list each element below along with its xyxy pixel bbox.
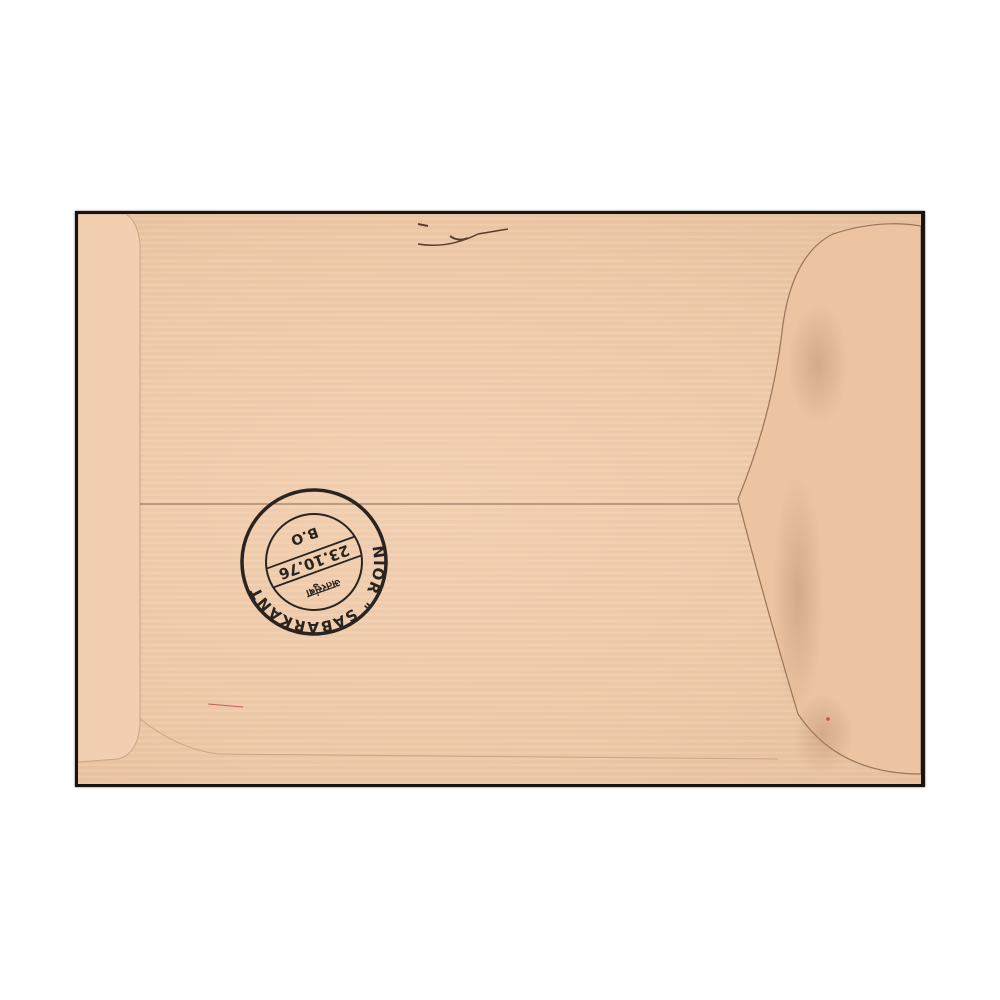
postmark: MANIOR " SABARKANTHA 23.10.76 B.O अतरसुं… xyxy=(78,214,921,784)
postmark-bottom-text: अतरसुंबा xyxy=(303,575,342,601)
postmark-date: 23.10.76 xyxy=(276,541,352,583)
envelope-back: MANIOR " SABARKANTHA 23.10.76 B.O अतरसुं… xyxy=(78,214,921,784)
postmark-office-type: B.O xyxy=(288,523,320,548)
